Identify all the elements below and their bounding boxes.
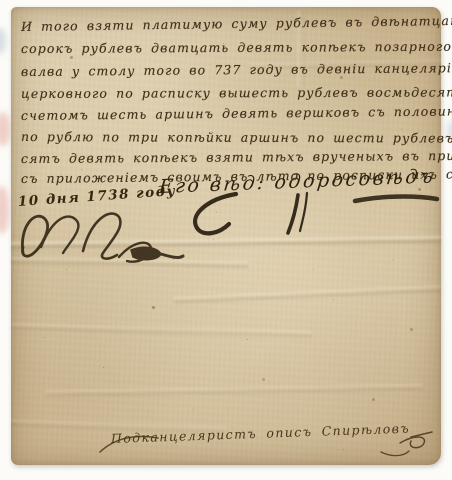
manuscript-line: И того взяти платимую суму рублевъ въ дв… <box>21 13 429 34</box>
signature-descender-slashes <box>288 193 307 233</box>
paper-crease <box>174 285 441 305</box>
manuscript-line: валва у столу того во 737 году въ девніи… <box>21 60 429 79</box>
manuscript-line: сорокъ рублевъ дватцать девять копѣекъ п… <box>21 39 429 56</box>
c-swash-flourish <box>195 194 236 233</box>
manuscript-line: счетомъ шесть аршинъ девять вершковъ съ … <box>21 104 429 123</box>
pen-stroke-right <box>355 197 437 201</box>
date-line: 10 дня 1738 году <box>17 183 176 210</box>
manuscript-line: церковного по расписку вышесть рублевъ в… <box>21 85 429 101</box>
paper-crease <box>11 323 312 339</box>
margin-smudge-blue <box>0 28 6 54</box>
foxing-specks <box>11 7 12 8</box>
manuscript-paper: И того взяти платимую суму рублевъ въ дв… <box>11 7 441 465</box>
paper-crease <box>11 257 248 269</box>
paper-crease <box>45 384 423 399</box>
margin-smudge-pink <box>0 112 10 146</box>
left-signature-flourish <box>22 214 183 262</box>
paper-crease <box>11 236 441 250</box>
manuscript-line: сятъ девять копѣекъ взяти тѣхъ врученыхъ… <box>21 148 429 166</box>
bottom-clerk-line: Подканцеляристъ описъ Спирѣловъ <box>111 421 411 446</box>
manuscript-line: по рублю по три копѣйки аршинъ по шести … <box>21 129 429 145</box>
margin-smudge-pink <box>0 186 9 234</box>
